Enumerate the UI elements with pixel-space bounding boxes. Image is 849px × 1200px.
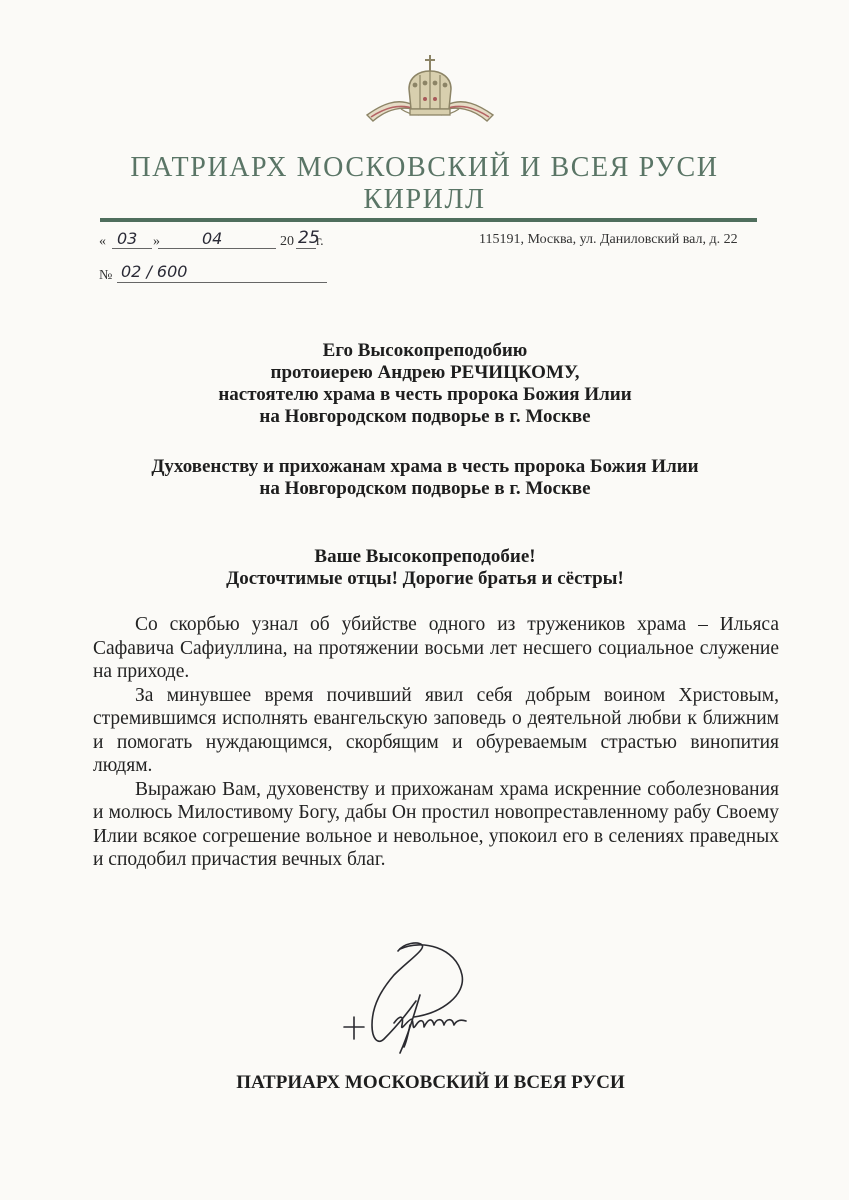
letter-body: Со скорбью узнал об убийстве одного из т… — [93, 613, 779, 872]
letterhead-name: КИРИЛЛ — [0, 184, 849, 216]
body-paragraph: Выражаю Вам, духовенству и прихожанам хр… — [93, 778, 779, 872]
salutation-line: Досточтимые отцы! Дорогие братья и сёстр… — [60, 568, 790, 590]
signatory-title: ПАТРИАРХ МОСКОВСКИЙ И ВСЕЯ РУСИ — [0, 1072, 849, 1094]
date-month: 04 — [202, 229, 222, 248]
addressee-line: Его Высокопреподобию — [60, 340, 790, 362]
handwritten-signature-icon — [338, 935, 498, 1060]
date-year-unit: г. — [316, 234, 324, 250]
patriarchal-crown-emblem-icon — [363, 53, 497, 131]
letterhead-divider — [100, 218, 757, 222]
addressee-line: протоиерею Андрею РЕЧИЦКОМУ, — [60, 362, 790, 384]
office-address: 115191, Москва, ул. Даниловский вал, д. … — [479, 232, 738, 248]
body-paragraph: За минувшее время почивший явил себя доб… — [93, 684, 779, 778]
letter-number: 02 / 600 — [121, 262, 187, 281]
date-open-quote: « — [99, 234, 106, 250]
date-day: 03 — [117, 229, 137, 248]
addressee-line: на Новгородском подворье в г. Москве — [60, 478, 790, 500]
addressee-line: на Новгородском подворье в г. Москве — [60, 406, 790, 428]
date-year-prefix: 20 — [280, 234, 294, 250]
day-underline — [112, 248, 152, 249]
addressee-line: настоятелю храма в честь пророка Божия И… — [60, 384, 790, 406]
number-underline — [117, 282, 327, 283]
letterhead-title: ПАТРИАРХ МОСКОВСКИЙ И ВСЕЯ РУСИ — [0, 152, 849, 184]
salutation-line: Ваше Высокопреподобие! — [60, 546, 790, 568]
letter-page: ПАТРИАРХ МОСКОВСКИЙ И ВСЕЯ РУСИ КИРИЛЛ «… — [0, 0, 849, 1200]
addressee-community-block: Духовенству и прихожанам храма в честь п… — [60, 456, 790, 500]
body-paragraph: Со скорбью узнал об убийстве одного из т… — [93, 613, 779, 684]
salutation-block: Ваше Высокопреподобие! Досточтимые отцы!… — [60, 546, 790, 590]
year-underline — [296, 248, 316, 249]
addressee-block: Его Высокопреподобию протоиерею Андрею Р… — [60, 340, 790, 428]
addressee-line: Духовенству и прихожанам храма в честь п… — [60, 456, 790, 478]
number-label: № — [99, 268, 112, 284]
month-underline — [158, 248, 276, 249]
